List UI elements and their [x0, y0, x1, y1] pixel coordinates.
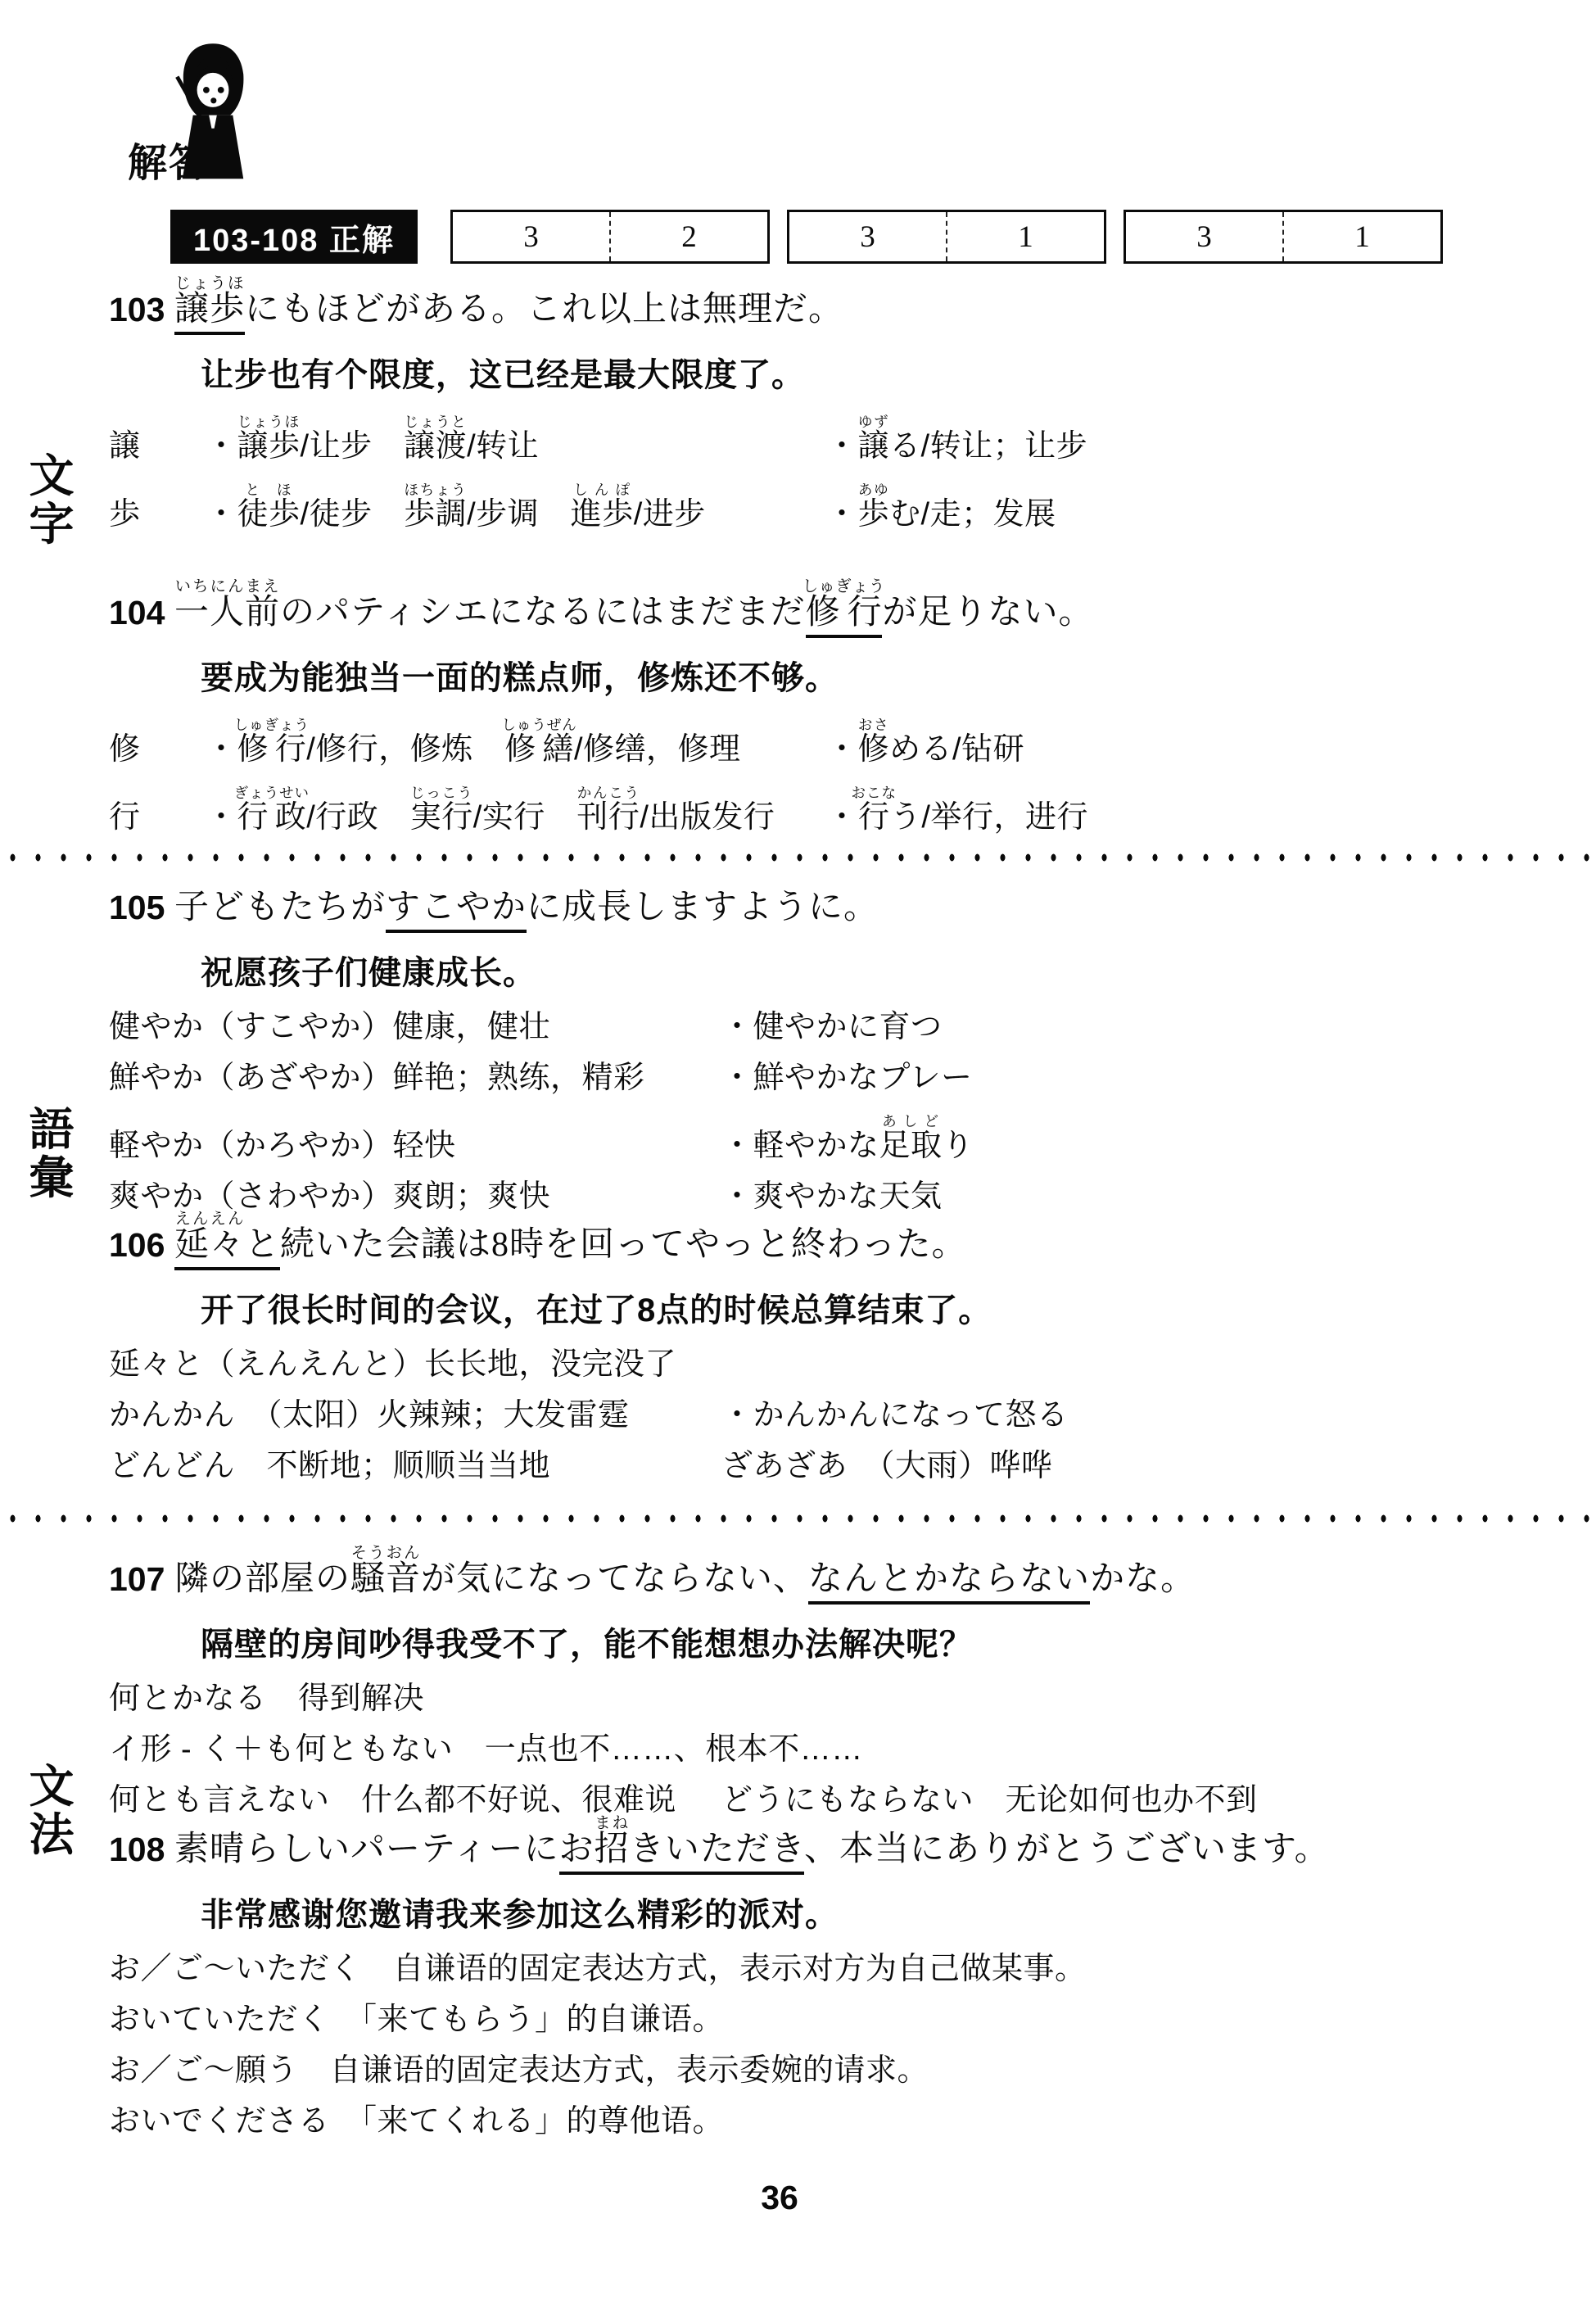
question-number: 105 [109, 890, 174, 926]
explanation-cell: ・爽やかな天気 [721, 1181, 943, 1214]
explanation-cell: ・健やかに育つ [721, 1012, 943, 1044]
question-107: 107隣の部屋の騒音そうおんが気になってならない、なんとかならないかな。隔壁的房… [109, 1545, 1501, 1817]
explanation-row: 譲・譲歩じょうほ/让步 譲渡じょうと/转让・譲ゆずる/转让；让步 [109, 414, 1501, 464]
explanation-cell: ・譲ゆずる/转让；让步 [826, 414, 1087, 464]
explanation-cell: ・歩あゆむ/走；发展 [826, 482, 1056, 532]
explanation-cell: イ形 - く＋も何ともない 一点也不……、根本不…… [109, 1734, 863, 1767]
question-106: 106延々えんえんと続いた会議は8時を回ってやっと終わった。开了很长时间的会议，… [109, 1211, 1501, 1483]
scanned-answer-page: 解答 103-108 正解 3 2 3 1 3 1 文字 語彙 文法 103譲歩… [0, 0, 1596, 2322]
explanation-row: お／ご～願う 自谦语的固定表达方式，表示委婉的请求。 [109, 2055, 1501, 2088]
underlined-keyword: 譲歩じょうほ [174, 291, 245, 335]
dotted-divider [0, 850, 1596, 865]
explanation-cell: 修 [109, 734, 206, 767]
underlined-keyword: お招まねきいただき [559, 1831, 804, 1875]
question-translation: 祝愿孩子们健康成长。 [201, 947, 1501, 994]
explanation-row: 何とも言えない 什么都不好说、很难说どうにもならない 无论如何也办不到 [109, 1785, 1501, 1817]
question-103: 103譲歩じょうほにもほどがある。これ以上は無理だ。让步也有个限度，这已经是最大… [109, 275, 1501, 532]
explanation-row: 健やか（すこやか）健康，健壮・健やかに育つ [109, 1012, 1501, 1044]
explanation-row: おいていただく 「来てもらう」的自谦语。 [109, 2004, 1501, 2037]
explanation-cell: 何とも言えない 什么都不好说、很难说 [109, 1785, 721, 1817]
question-line: 108素晴らしいパーティーにお招まねきいただき、本当にありがとうございます。 [109, 1815, 1501, 1867]
explanation-row: 行・行政ぎょうせい/行政 実行じっこう/实行 刊行かんこう/出版发行・行おこなう… [109, 785, 1501, 835]
answer-value: 3 [453, 212, 609, 261]
question-translation: 开了很长时间的会议，在过了8点的时候总算结束了。 [201, 1284, 1501, 1331]
answer-value: 3 [1126, 212, 1282, 261]
explanation-row: どんどん 不断地；顺顺当当地ざあざあ （大雨）哗哗 [109, 1451, 1501, 1483]
explanation-row: 延々と（えんえんと）长长地，没完没了 [109, 1349, 1501, 1382]
explanation-cell: おいでくださる 「来てくれる」的尊他语。 [109, 2106, 724, 2139]
explanation-row: 修・修行しゅぎょう/修行，修炼 修繕しゅうぜん/修缮，修理・修おさめる/钻研 [109, 717, 1501, 767]
explanation-cell: 歩 [109, 499, 206, 532]
answer-box-1: 3 2 [450, 210, 770, 264]
question-text: 子どもたちがすこやかに成長しますように。 [174, 889, 879, 926]
explanation-cell: ざあざあ （大雨）哗哗 [721, 1451, 1053, 1483]
answer-value: 1 [1282, 212, 1440, 261]
explanation-row: 何とかなる 得到解决 [109, 1683, 1501, 1716]
explanation-cell: ・かんかんになって怒る [721, 1400, 1069, 1433]
question-translation: 非常感谢您邀请我来参加这么精彩的派对。 [201, 1889, 1501, 1935]
question-104: 104一人前いちにんまえのパティシエになるにはまだまだ修行しゅぎょうが足りない。… [109, 578, 1501, 835]
answer-value: 1 [946, 212, 1104, 261]
explanation-row: 爽やか（さわやか）爽朗；爽快・爽やかな天気 [109, 1181, 1501, 1214]
explanation-cell: ・譲歩じょうほ/让步 譲渡じょうと/转让 [206, 414, 826, 464]
question-line: 106延々えんえんと続いた会議は8時を回ってやっと終わった。 [109, 1211, 1501, 1263]
question-text: 素晴らしいパーティーにお招まねきいただき、本当にありがとうございます。 [174, 1815, 1330, 1867]
explanation-cell: ・行政ぎょうせい/行政 実行じっこう/实行 刊行かんこう/出版发行 [206, 785, 826, 835]
explanation-cell: 鮮やか（あざやか）鲜艳；熟练，精彩 [109, 1062, 721, 1095]
explanation-cell: おいていただく 「来てもらう」的自谦语。 [109, 2004, 724, 2037]
question-translation: 要成为能独当一面的糕点师，修炼还不够。 [201, 652, 1501, 699]
section-label-moji: 文字 [26, 452, 77, 549]
question-108: 108素晴らしいパーティーにお招まねきいただき、本当にありがとうございます。非常… [109, 1815, 1501, 2139]
question-text: 譲歩じょうほにもほどがある。これ以上は無理だ。 [174, 275, 843, 328]
underlined-keyword: なんとかならない [808, 1560, 1090, 1605]
underlined-keyword: すこやか [386, 889, 527, 933]
explanation-cell: ・鮮やかなプレー [721, 1062, 972, 1095]
explanation-row: イ形 - く＋も何ともない 一点也不……、根本不…… [109, 1734, 1501, 1767]
explanation-cell: ・徒歩とほ/徒步 歩調ほちょう/步调 進歩しんぽ/进步 [206, 482, 826, 532]
answer-value: 2 [609, 212, 767, 261]
question-number: 106 [109, 1228, 174, 1263]
explanation-row: 歩・徒歩とほ/徒步 歩調ほちょう/步调 進歩しんぽ/进步・歩あゆむ/走；发展 [109, 482, 1501, 532]
question-number: 107 [109, 1562, 174, 1597]
explanation-cell: ・行おこなう/举行，进行 [826, 785, 1088, 835]
explanation-row: お／ご～いただく 自谦语的固定表达方式，表示对方为自己做某事。 [109, 1953, 1501, 1986]
underlined-keyword: 修行しゅぎょう [806, 594, 883, 638]
question-text: 隣の部屋の騒音そうおんが気になってならない、なんとかならないかな。 [174, 1545, 1196, 1597]
answer-row: 103-108 正解 3 2 3 1 3 1 [170, 210, 1443, 264]
explanation-cell: 健やか（すこやか）健康，健壮 [109, 1012, 721, 1044]
explanation-row: 軽やか（かろやか）轻快・軽やかな足取あしどり [109, 1113, 1501, 1163]
explanation-cell: 軽やか（かろやか）轻快 [109, 1130, 721, 1163]
question-number: 108 [109, 1832, 174, 1867]
explanation-cell: 行 [109, 802, 206, 835]
page-number: 36 [714, 2179, 845, 2217]
question-line: 103譲歩じょうほにもほどがある。これ以上は無理だ。 [109, 275, 1501, 328]
explanation-cell: かんかん （太阳）火辣辣；大发雷霆 [109, 1400, 721, 1433]
question-number: 104 [109, 595, 174, 631]
answer-box-3: 3 1 [1124, 210, 1443, 264]
answer-value: 3 [789, 212, 946, 261]
explanation-row: 鮮やか（あざやか）鲜艳；熟练，精彩・鮮やかなプレー [109, 1062, 1501, 1095]
question-105: 105子どもたちがすこやかに成長しますように。祝愿孩子们健康成长。健やか（すこや… [109, 889, 1501, 1214]
explanation-cell: どうにもならない 无论如何也办不到 [721, 1785, 1258, 1817]
underlined-keyword: 延々えんえんと [174, 1226, 280, 1270]
question-line: 104一人前いちにんまえのパティシエになるにはまだまだ修行しゅぎょうが足りない。 [109, 578, 1501, 631]
explanation-cell: ・修行しゅぎょう/修行，修炼 修繕しゅうぜん/修缮，修理 [206, 717, 826, 767]
question-translation: 隔壁的房间吵得我受不了，能不能想想办法解决呢？ [201, 1618, 1501, 1665]
answer-box-2: 3 1 [787, 210, 1106, 264]
explanation-cell: どんどん 不断地；顺顺当当地 [109, 1451, 721, 1483]
explanation-cell: お／ご～いただく 自谦语的固定表达方式，表示对方为自己做某事。 [109, 1953, 1087, 1986]
teacher-girl-illustration [172, 41, 254, 187]
section-label-bunpou: 文法 [26, 1763, 77, 1859]
question-number: 103 [109, 292, 174, 328]
explanation-row: かんかん （太阳）火辣辣；大发雷霆・かんかんになって怒る [109, 1400, 1501, 1433]
question-translation: 让步也有个限度，这已经是最大限度了。 [201, 349, 1501, 396]
explanation-cell: 延々と（えんえんと）长长地，没完没了 [109, 1349, 676, 1382]
explanation-cell: ・軽やかな足取あしどり [721, 1113, 974, 1163]
explanation-cell: 何とかなる 得到解决 [109, 1683, 424, 1716]
question-line: 107隣の部屋の騒音そうおんが気になってならない、なんとかならないかな。 [109, 1545, 1501, 1597]
explanation-cell: ・修おさめる/钻研 [826, 717, 1024, 767]
explanation-cell: 爽やか（さわやか）爽朗；爽快 [109, 1181, 721, 1214]
explanation-cell: 譲 [109, 431, 206, 464]
answer-range-label: 103-108 正解 [170, 210, 418, 264]
section-label-goi: 語彙 [26, 1106, 77, 1202]
question-text: 一人前いちにんまえのパティシエになるにはまだまだ修行しゅぎょうが足りない。 [174, 578, 1094, 631]
explanation-cell: お／ご～願う 自谦语的固定表达方式，表示委婉的请求。 [109, 2055, 929, 2088]
question-text: 延々えんえんと続いた会議は8時を回ってやっと終わった。 [174, 1211, 967, 1263]
question-line: 105子どもたちがすこやかに成長しますように。 [109, 889, 1501, 926]
dotted-divider [0, 1511, 1596, 1526]
explanation-row: おいでくださる 「来てくれる」的尊他语。 [109, 2106, 1501, 2139]
